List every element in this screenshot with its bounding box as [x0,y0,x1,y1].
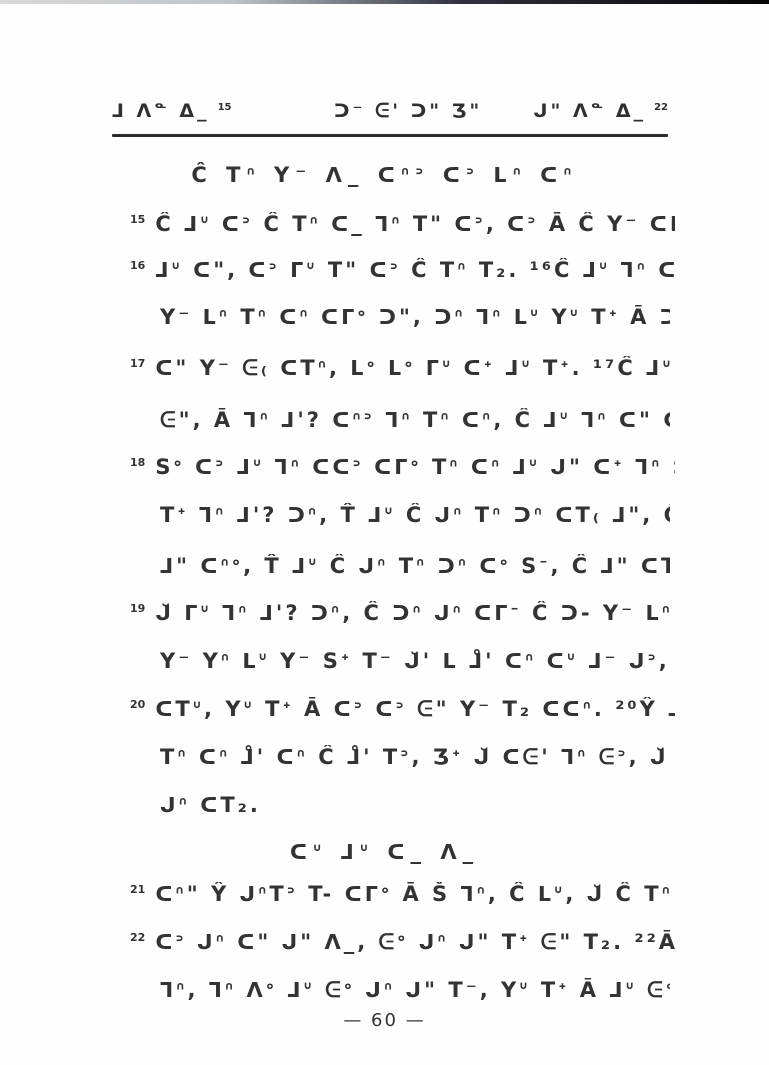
text-line: 22ᑕᐣ ᒍᐢ ᑕ" ᒍ" ᐱ_, ᕮᐤ ᒍᐢ ᒍ" Tᐩ ᕮ" T₂. ²²Ā… [130,930,675,955]
line-text: ᒍᐢ ᑕT₂. [160,793,261,817]
text-line: 19ᒍ̆ ᒥᐡ ᒣᐢ ᒧ'? ᑐᐢ, Ĉ ᑐᐢ ᒍᐢ ᑕᒥᐨ Ĉ ᑐ- Y⁻ ᒪ… [130,601,675,625]
running-head-center: ᑐ⁻ ᕮ' ᑐ" Ʒ" [334,100,482,122]
page-number: — 60 — [0,1010,769,1031]
scanned-page: ᒧ ᐱᓐ ᐃ_15 ᑐ⁻ ᕮ' ᑐ" Ʒ" ᒍ" ᐱᓐ ᐃ_22 Ĉ Tᐢ Y⁻… [0,0,769,1065]
running-head-right-ref: 22 [654,102,668,113]
text-line: 21ᑕᐢ" Ŷ ᒍᐢTᐣ T- ᑕᒥᐤ Ā Š ᒣᐢ, Ĉ ᒪᐡ, ᒍ̆ Ĉ T… [130,882,675,906]
line-text: ᒣᐢ, ᒣᐢ ᐱᐤ ᒧᐡ ᕮᐤ ᒍᐢ ᒍ" T⁻, Yᐡ Tᐩ Ā ᒧᐡ ᕮᐤ … [160,978,670,1002]
running-head: ᒧ ᐱᓐ ᐃ_15 ᑐ⁻ ᕮ' ᑐ" Ʒ" ᒍ" ᐱᓐ ᐃ_22 [112,96,668,130]
line-text: Tᐢ ᑕᐢ ᒧ̊' ᑕᐢ Ĉ ᒧ̊' Tᐣ, Ʒᐩ ᒍ̆ ᑕᕮ' ᒣᐢ ᕮᐣ, … [160,745,670,769]
line-text: Sᐤ ᑕᐣ ᒧᐡ ᒣᐢ ᑕᑕᐣ ᑕᒥᐤ Tᐢ ᑕᐢ ᒧᐡ ᒍ" ᑕᐩ ᒣᐢ Sᐣ… [155,455,675,479]
text-line: ᒍᐢ ᑕT₂. [160,793,670,817]
text-line: 16ᒧᐡ ᑕ", ᑕᐣ ᒥᐡ T" ᑕᐣ Ĉ Tᐢ T₂. ¹⁶Ĉ ᒧᐡ ᒣᐢ … [130,258,675,282]
verse-number: 20 [130,698,145,711]
line-text: ᑕTᐡ, Yᐡ Tᐩ Ā ᑕᐣ ᑕᐣ ᕮ" Y⁻ T₂ ᑕᑕᐢ. ²⁰Ŷ ᒧᐡ … [155,697,675,721]
line-text: ᑕᐢ" Ŷ ᒍᐢTᐣ T- ᑕᒥᐤ Ā Š ᒣᐢ, Ĉ ᒪᐡ, ᒍ̆ Ĉ Tᐢ … [155,882,675,906]
verse-number: 18 [130,456,145,469]
line-text: Y⁻ Yᐢ ᒪᐡ Y⁻ Sᐩ T⁻ ᒍ̆' ᒪ ᒧ̊' ᑕᐢ ᑕᐡ ᒧ⁻ ᒍᐣ,… [160,649,670,673]
running-head-right: ᒍ" ᐱᓐ ᐃ_22 [533,100,668,122]
text-line: Y⁻ ᒪᐢ Tᐢ ᑕᐢ ᑕᒥᐤ ᑐ", ᑐᐢ ᒣᐢ ᒪᐡ Yᐡ Tᐩ Ā ᑐ- … [160,305,670,330]
text-line: Y⁻ Yᐢ ᒪᐡ Y⁻ Sᐩ T⁻ ᒍ̆' ᒪ ᒧ̊' ᑕᐢ ᑕᐡ ᒧ⁻ ᒍᐣ,… [160,649,670,673]
line-text: ᒧᐡ ᑕ", ᑕᐣ ᒥᐡ T" ᑕᐣ Ĉ Tᐢ T₂. ¹⁶Ĉ ᒧᐡ ᒣᐢ ᑕ"… [155,258,675,282]
verse-number: 15 [130,213,145,226]
text-line: 15Ĉ ᒧᐡ ᑕᐣ Ĉ Tᐢ ᑕ_ ᒣᐢ T" ᑕᐣ, ᑕᐣ Ā Ĉ Y⁻ ᑕᒥ… [130,212,675,236]
line-text: ᕮ", Ā ᒣᐢ ᒧ'? ᑕᐢᐣ ᒣᐢ Tᐢ ᑕᐢ, Ĉ ᒧᐡ ᒣᐢ ᑕ" ᑕᐢ… [160,408,670,432]
verse-number: 21 [130,883,145,896]
text-line: 17ᑕ" Y⁻ ᕮ₍ ᑕTᐢ, ᒪᐤ ᒪᐤ ᒥᐡ ᑕᐩ ᒧᐡ Tᐩ. ¹⁷Ĉ ᒧ… [130,356,675,381]
header-rule [112,134,668,137]
text-line: Tᐢ ᑕᐢ ᒧ̊' ᑕᐢ Ĉ ᒧ̊' Tᐣ, Ʒᐩ ᒍ̆ ᑕᕮ' ᒣᐢ ᕮᐣ, … [160,745,670,770]
verse-number: 19 [130,602,145,615]
line-text: Y⁻ ᒪᐢ Tᐢ ᑕᐢ ᑕᒥᐤ ᑐ", ᑐᐢ ᒣᐢ ᒪᐡ Yᐡ Tᐩ Ā ᑐ- … [160,305,670,329]
text-line: ᒧ" ᑕᐢᐤ, T̂ ᒧᐡ Ĉ ᒍᐢ Tᐢ ᑐᐢ ᑕᐤ Sᐨ, Ĉ ᒧ" ᑕTᐡ… [160,554,670,578]
text-line: 20ᑕTᐡ, Yᐡ Tᐩ Ā ᑕᐣ ᑕᐣ ᕮ" Y⁻ T₂ ᑕᑕᐢ. ²⁰Ŷ ᒧ… [130,697,675,722]
line-text: ᑕ" Y⁻ ᕮ₍ ᑕTᐢ, ᒪᐤ ᒪᐤ ᒥᐡ ᑕᐩ ᒧᐡ Tᐩ. ¹⁷Ĉ ᒧᐡ … [155,356,675,380]
verse-number: 17 [130,357,145,370]
line-text: ᑕᐣ ᒍᐢ ᑕ" ᒍ" ᐱ_, ᕮᐤ ᒍᐢ ᒍ" Tᐩ ᕮ" T₂. ²²Ā Š… [155,930,675,954]
scan-top-edge [0,0,769,4]
running-head-left-ref: 15 [218,102,232,113]
section-title-2: ᑕᐡ ᒧᐡ ᑕ_ ᐱ_ [0,840,769,864]
text-line: ᕮ", Ā ᒣᐢ ᒧ'? ᑕᐢᐣ ᒣᐢ Tᐢ ᑕᐢ, Ĉ ᒧᐡ ᒣᐢ ᑕ" ᑕᐢ… [160,408,670,433]
section-title-1: Ĉ Tᐢ Y⁻ ᐱ_ ᑕᐢᐣ ᑕᐣ ᒪᐢ ᑕᐢ [0,163,769,187]
text-line: Tᐩ ᒣᐢ ᒧ'? ᑐᐢ, T̂ ᒧᐡ Ĉ ᒍᐢ Tᐢ ᑐᐢ ᑕT₍ ᒧ", Ĉ… [160,503,670,527]
line-text: ᒧ" ᑕᐢᐤ, T̂ ᒧᐡ Ĉ ᒍᐢ Tᐢ ᑐᐢ ᑕᐤ Sᐨ, Ĉ ᒧ" ᑕTᐡ… [160,554,670,578]
line-text: ᒍ̆ ᒥᐡ ᒣᐢ ᒧ'? ᑐᐢ, Ĉ ᑐᐢ ᒍᐢ ᑕᒥᐨ Ĉ ᑐ- Y⁻ ᒪᐢ … [155,601,675,625]
line-text: Tᐩ ᒣᐢ ᒧ'? ᑐᐢ, T̂ ᒧᐡ Ĉ ᒍᐢ Tᐢ ᑐᐢ ᑕT₍ ᒧ", Ĉ… [160,503,670,527]
running-head-left: ᒧ ᐱᓐ ᐃ_15 [112,100,232,122]
verse-number: 22 [130,931,145,944]
text-line: 18Sᐤ ᑕᐣ ᒧᐡ ᒣᐢ ᑕᑕᐣ ᑕᒥᐤ Tᐢ ᑕᐢ ᒧᐡ ᒍ" ᑕᐩ ᒣᐢ … [130,455,675,479]
verse-number: 16 [130,259,145,272]
text-line: ᒣᐢ, ᒣᐢ ᐱᐤ ᒧᐡ ᕮᐤ ᒍᐢ ᒍ" T⁻, Yᐡ Tᐩ Ā ᒧᐡ ᕮᐤ … [160,978,670,1003]
running-head-right-text: ᒍ" ᐱᓐ ᐃ_ [533,100,646,122]
running-head-left-text: ᒧ ᐱᓐ ᐃ_ [112,100,210,122]
line-text: Ĉ ᒧᐡ ᑕᐣ Ĉ Tᐢ ᑕ_ ᒣᐢ T" ᑕᐣ, ᑕᐣ Ā Ĉ Y⁻ ᑕᒥ" … [155,212,675,236]
